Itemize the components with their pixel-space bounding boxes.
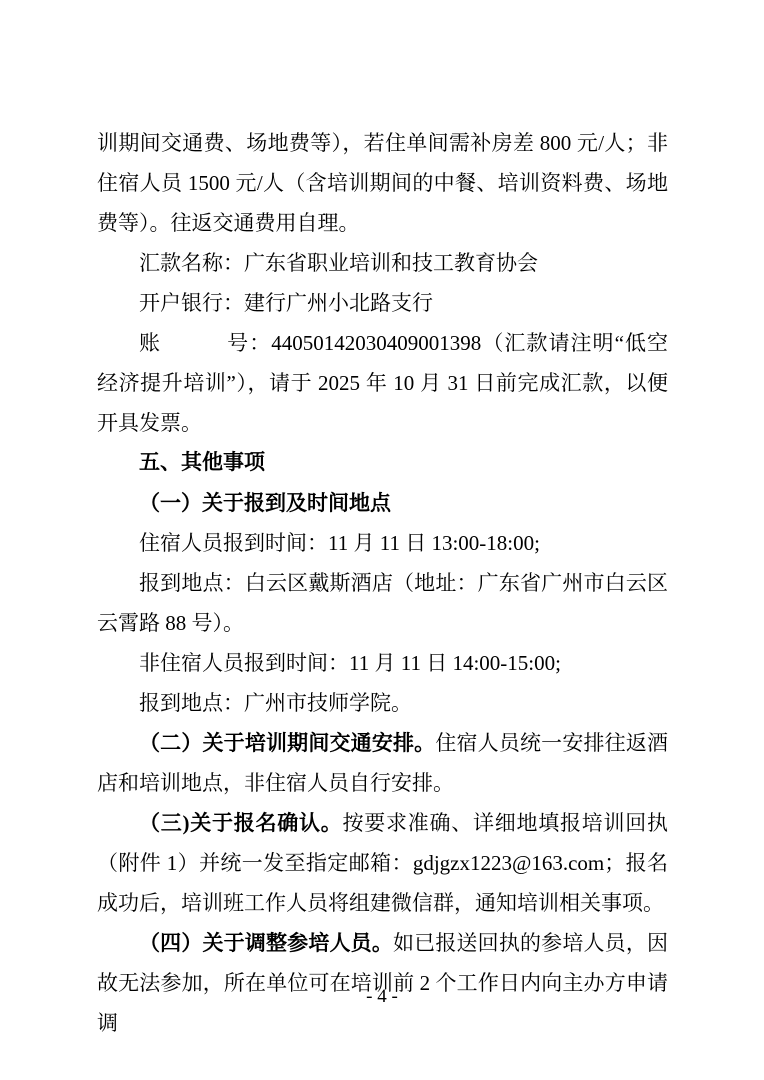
text-run: 住宿人员报到时间：11 月 11 日 13:00-18:00;: [139, 531, 540, 555]
paragraph: 账 号：44050142030409001398（汇款请注明“低空经济提升培训”…: [97, 323, 668, 443]
text-run: （二）关于培训期间交通安排。: [139, 731, 435, 755]
paragraph: 训期间交通费、场地费等），若住单间需补房差 800 元/人；非住宿人员 1500…: [97, 123, 668, 243]
text-run: 账 号：44050142030409001398（汇款请注明“低空经济提升培训”…: [97, 331, 668, 435]
paragraph: 报到地点：白云区戴斯酒店（地址：广东省广州市白云区云霄路 88 号）。: [97, 563, 668, 643]
text-run: （三)关于报名确认。: [139, 811, 343, 835]
text-run: 开户银行：建行广州小北路支行: [139, 291, 433, 315]
text-run: 报到地点：白云区戴斯酒店（地址：广东省广州市白云区云霄路 88 号）。: [97, 571, 668, 635]
text-run: 非住宿人员报到时间：11 月 11 日 14:00-15:00;: [139, 651, 561, 675]
text-run: 汇款名称：广东省职业培训和技工教育协会: [139, 251, 538, 275]
text-run: 报到地点：广州市技师学院。: [139, 691, 412, 715]
paragraph: 开户银行：建行广州小北路支行: [97, 283, 668, 323]
text-run: （四）关于调整参培人员。: [139, 931, 393, 955]
section-heading: 五、其他事项: [97, 443, 668, 483]
paragraph: 住宿人员报到时间：11 月 11 日 13:00-18:00;: [97, 523, 668, 563]
paragraph: 非住宿人员报到时间：11 月 11 日 14:00-15:00;: [97, 643, 668, 683]
text-run: （一）关于报到及时间地点: [139, 491, 391, 515]
text-run: 五、其他事项: [139, 451, 265, 474]
paragraph: （三)关于报名确认。按要求准确、详细地填报培训回执（附件 1）并统一发至指定邮箱…: [97, 803, 668, 923]
section-heading: （一）关于报到及时间地点: [97, 483, 668, 523]
paragraph: 汇款名称：广东省职业培训和技工教育协会: [97, 243, 668, 283]
text-run: 训期间交通费、场地费等），若住单间需补房差 800 元/人；非住宿人员 1500…: [97, 131, 668, 235]
document-body: 训期间交通费、场地费等），若住单间需补房差 800 元/人；非住宿人员 1500…: [97, 123, 668, 1043]
page-number: - 4 -: [0, 983, 764, 1011]
paragraph: 报到地点：广州市技师学院。: [97, 683, 668, 723]
document-page: 训期间交通费、场地费等），若住单间需补房差 800 元/人；非住宿人员 1500…: [0, 0, 764, 1080]
paragraph: （二）关于培训期间交通安排。住宿人员统一安排往返酒店和培训地点，非住宿人员自行安…: [97, 723, 668, 803]
